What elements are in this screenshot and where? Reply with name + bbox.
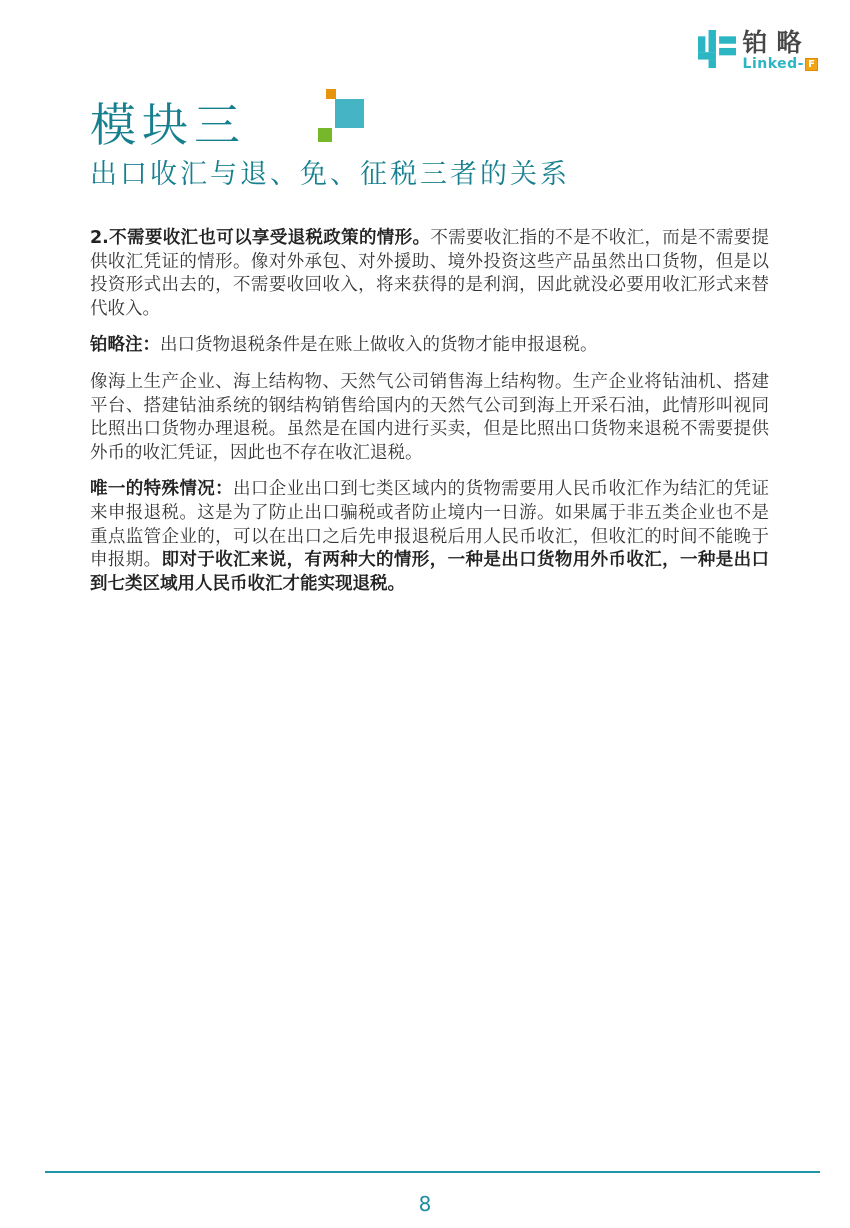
paragraph-2: 铂略注：出口货物退税条件是在账上做收入的货物才能申报退税。 xyxy=(90,334,769,358)
brand-name-english: Linked- F xyxy=(743,57,818,71)
paragraph-4-heading: 唯一的特殊情况： xyxy=(90,479,233,499)
paragraph-4: 唯一的特殊情况：出口企业出口到七类区域内的货物需要用人民币收汇作为结汇的凭证来申… xyxy=(90,478,769,596)
paragraph-2-heading: 铂略注： xyxy=(90,335,160,355)
document-page: 铂略 Linked- F 模块三 出口收汇与退、免、征税三者的关系 2.不需要收… xyxy=(0,0,850,1228)
paragraph-3: 像海上生产企业、海上结构物、天然气公司销售海上结构物。生产企业将钻油机、搭建平台… xyxy=(90,371,769,465)
page-subtitle: 出口收汇与退、免、征税三者的关系 xyxy=(90,158,570,192)
paragraph-3-text: 像海上生产企业、海上结构物、天然气公司销售海上结构物。生产企业将钻油机、搭建平台… xyxy=(90,372,769,463)
brand-name-chinese: 铂略 xyxy=(743,30,811,56)
module-title: 模块三 xyxy=(90,96,570,154)
footer-divider-line xyxy=(45,1171,820,1173)
paragraph-2-text: 出口货物退税条件是在账上做收入的货物才能申报退税。 xyxy=(160,335,598,355)
paragraph-1-heading: 2.不需要收汇也可以享受退税政策的情形。 xyxy=(90,228,430,248)
title-block: 模块三 出口收汇与退、免、征税三者的关系 xyxy=(90,96,570,192)
brand-text: 铂略 Linked- F xyxy=(743,30,818,71)
paragraph-1: 2.不需要收汇也可以享受退税政策的情形。不需要收汇指的不是不收汇，而是不需要提供… xyxy=(90,227,769,321)
page-number: 8 xyxy=(0,1192,850,1216)
brand-logo: 铂略 Linked- F xyxy=(698,30,818,71)
brand-f-badge: F xyxy=(805,58,818,71)
brand-name-english-text: Linked- xyxy=(743,57,804,71)
body-content: 2.不需要收汇也可以享受退税政策的情形。不需要收汇指的不是不收汇，而是不需要提供… xyxy=(90,227,769,609)
paragraph-4-bold-conclusion: 即对于收汇来说，有两种大的情形，一种是出口货物用外币收汇，一种是出口到七类区域用… xyxy=(90,550,769,594)
linked-f-logo-icon xyxy=(698,30,736,68)
